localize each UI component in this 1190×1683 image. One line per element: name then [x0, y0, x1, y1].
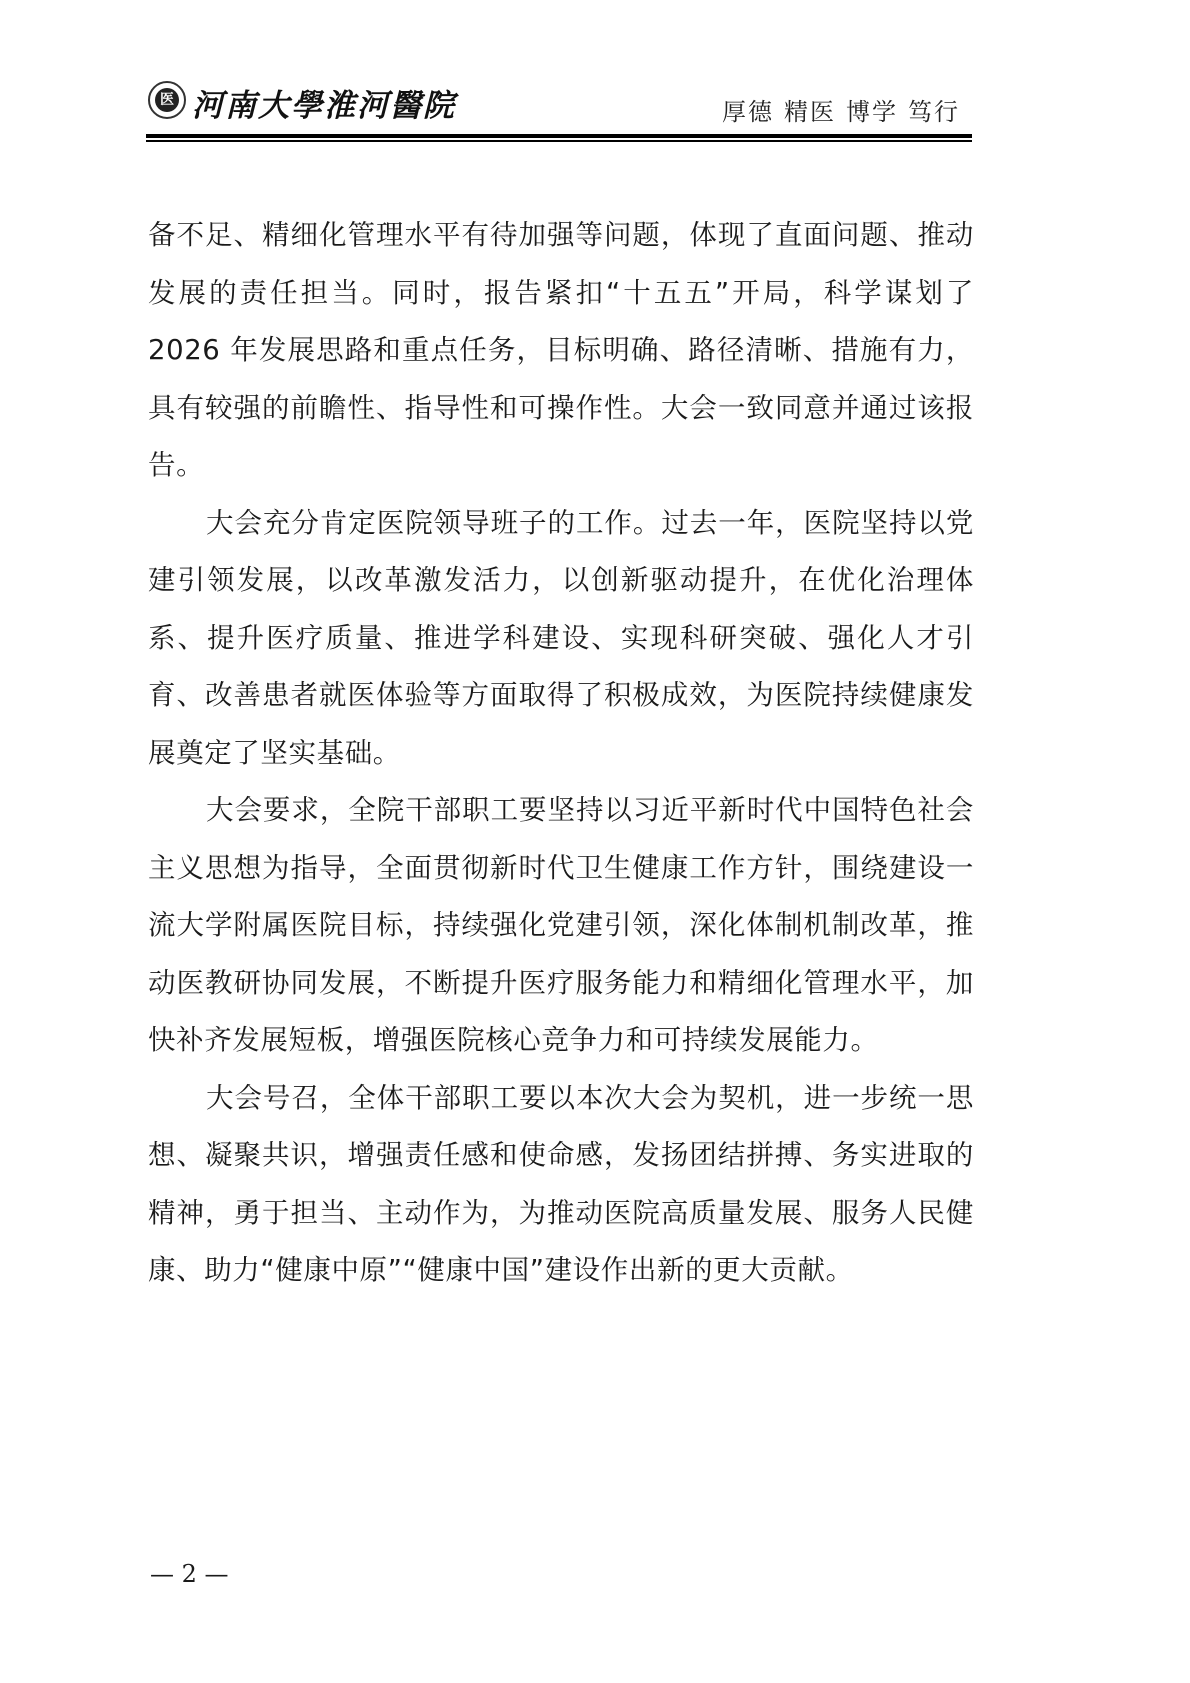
header-rule-thin [146, 140, 972, 142]
motto: 厚德精医博学笃行 [712, 92, 960, 127]
paragraph: 备不足、精细化管理水平有待加强等问题，体现了直面问题、推动发展的责任担当。同时，… [148, 207, 974, 495]
motto-word: 博学 [846, 98, 898, 126]
paragraph: 大会号召，全体干部职工要以本次大会为契机，进一步统一思想、凝聚共识，增强责任感和… [148, 1070, 974, 1300]
paragraph: 大会充分肯定医院领导班子的工作。过去一年，医院坚持以党建引领发展，以改革激发活力… [148, 495, 974, 783]
motto-word: 笃行 [908, 98, 960, 126]
motto-word: 厚德 [722, 98, 774, 126]
paragraph: 大会要求，全院干部职工要坚持以习近平新时代中国特色社会主义思想为指导，全面贯彻新… [148, 782, 974, 1070]
header-rule-thick [146, 134, 972, 138]
hospital-logo-icon: 医 [148, 81, 186, 119]
document-body: 备不足、精细化管理水平有待加强等问题，体现了直面问题、推动发展的责任担当。同时，… [148, 207, 974, 1300]
page-number: — 2 — [150, 1560, 229, 1588]
motto-word: 精医 [784, 98, 836, 126]
logo-emblem: 医 [155, 88, 179, 112]
page-header: 医 河南大學淮河醫院 厚德精医博学笃行 [146, 78, 972, 144]
hospital-name: 河南大學淮河醫院 [192, 80, 456, 125]
